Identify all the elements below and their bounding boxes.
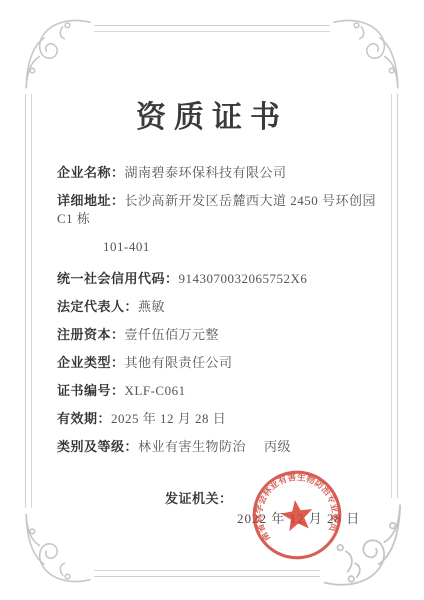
field-row-credit-code: 统一社会信用代码：9143070032065752X6	[57, 270, 377, 288]
field-row-certificate-number: 证书编号：XLF-C061	[57, 382, 377, 400]
official-seal: 湖南省林学会林业有害生物防治专业委员会	[242, 460, 353, 571]
corner-flourish-top-left-icon	[16, 16, 94, 94]
issuer-row: 发证机关：	[165, 490, 233, 508]
field-value-grade: 丙级	[264, 439, 291, 454]
field-row-validity: 有效期：2025 年 12 月 28 日	[57, 410, 377, 428]
field-row-address: 详细地址：长沙高新开发区岳麓西大道 2450 号环创园 C1 栋 101-401	[57, 192, 377, 256]
field-value-validity: 2025 年 12 月 28 日	[111, 411, 226, 426]
field-value-address-line2: 101-401	[103, 238, 377, 256]
field-label-legal-representative: 法定代表人：	[57, 299, 138, 314]
certificate-page: 资质证书 企业名称：湖南碧泰环保科技有限公司 详细地址：长沙高新开发区岳麓西大道…	[0, 0, 424, 600]
field-row-company-name: 企业名称：湖南碧泰环保科技有限公司	[57, 164, 377, 182]
field-label-company-type: 企业类型：	[57, 355, 125, 370]
field-value-credit-code: 9143070032065752X6	[179, 271, 308, 286]
corner-flourish-bottom-left-icon	[16, 508, 94, 586]
field-value-certificate-number: XLF-C061	[125, 383, 186, 398]
field-label-company-name: 企业名称：	[57, 165, 125, 180]
field-value-legal-representative: 燕敏	[138, 299, 165, 314]
field-label-certificate-number: 证书编号：	[57, 383, 125, 398]
field-label-category-grade: 类别及等级：	[57, 439, 138, 454]
field-row-registered-capital: 注册资本：壹仟伍佰万元整	[57, 326, 377, 344]
corner-flourish-top-right-icon	[330, 16, 408, 94]
issuer-label: 发证机关：	[165, 491, 233, 506]
field-value-registered-capital: 壹仟伍佰万元整	[125, 327, 220, 342]
field-value-company-type: 其他有限责任公司	[125, 355, 233, 370]
field-label-address: 详细地址：	[57, 193, 125, 208]
field-row-legal-representative: 法定代表人：燕敏	[57, 298, 377, 316]
field-value-company-name: 湖南碧泰环保科技有限公司	[125, 165, 287, 180]
field-label-credit-code: 统一社会信用代码：	[57, 271, 179, 286]
field-row-company-type: 企业类型：其他有限责任公司	[57, 354, 377, 372]
field-label-validity: 有效期：	[57, 411, 111, 426]
field-value-category: 林业有害生物防治	[138, 439, 246, 454]
certificate-fields: 企业名称：湖南碧泰环保科技有限公司 详细地址：长沙高新开发区岳麓西大道 2450…	[57, 164, 377, 466]
field-row-category-grade: 类别及等级：林业有害生物防治丙级	[57, 438, 377, 456]
seal-star-icon	[279, 498, 315, 532]
certificate-title: 资质证书	[0, 92, 424, 136]
field-label-registered-capital: 注册资本：	[57, 327, 125, 342]
